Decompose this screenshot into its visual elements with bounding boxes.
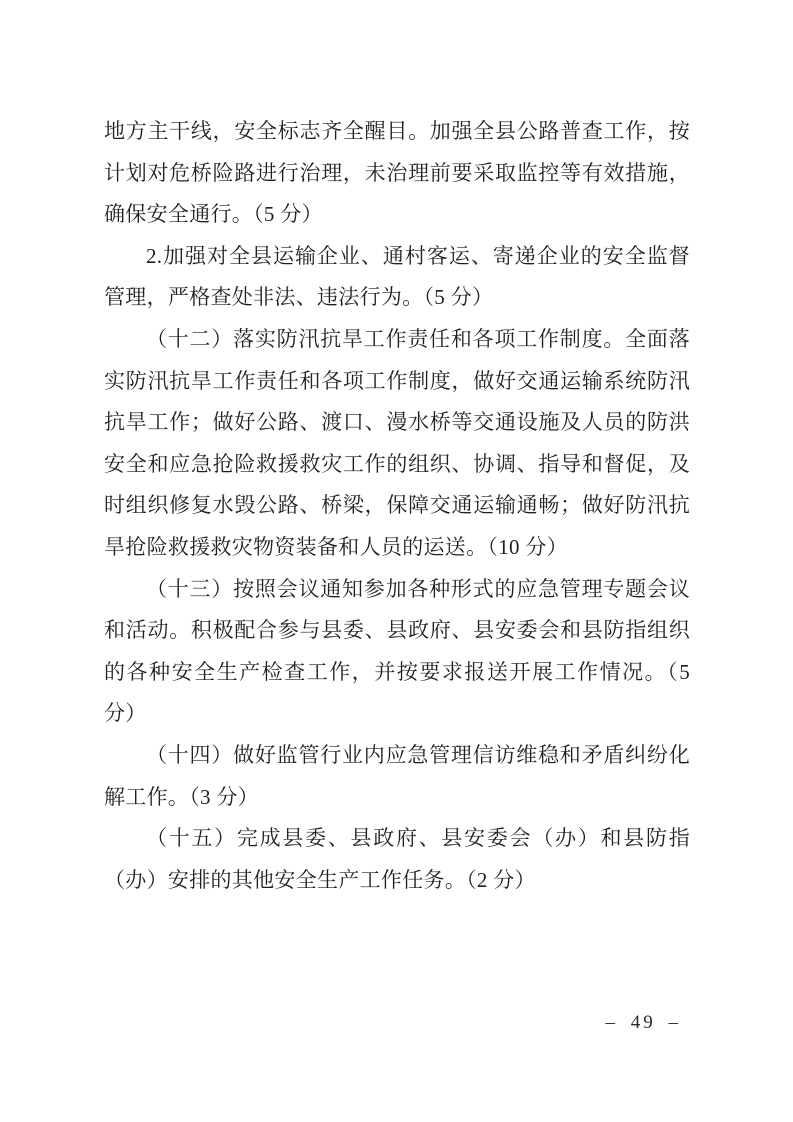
paragraph-item-2: 2.加强对全县运输企业、通村客运、寄递企业的安全监督管理，严格查处非法、违法行为… bbox=[104, 236, 690, 319]
paragraph-continuation: 地方主干线，安全标志齐全醒目。加强全县公路普查工作，按计划对危桥险路进行治理，未… bbox=[104, 111, 690, 236]
paragraph-item-14: （十四）做好监管行业内应急管理信访维稳和矛盾纠纷化解工作。（3 分） bbox=[104, 735, 690, 818]
document-body: 地方主干线，安全标志齐全醒目。加强全县公路普查工作，按计划对危桥险路进行治理，未… bbox=[104, 111, 690, 901]
paragraph-item-13: （十三）按照会议通知参加各种形式的应急管理专题会议和活动。积极配合参与县委、县政… bbox=[104, 569, 690, 735]
paragraph-item-15: （十五）完成县委、县政府、县安委会（办）和县防指（办）安排的其他安全生产工作任务… bbox=[104, 818, 690, 901]
paragraph-item-12: （十二）落实防汛抗旱工作责任和各项工作制度。全面落实防汛抗旱工作责任和各项工作制… bbox=[104, 319, 690, 569]
page-number: – 49 – bbox=[606, 1012, 682, 1034]
document-page: 地方主干线，安全标志齐全醒目。加强全县公路普查工作，按计划对危桥险路进行治理，未… bbox=[0, 0, 793, 1122]
